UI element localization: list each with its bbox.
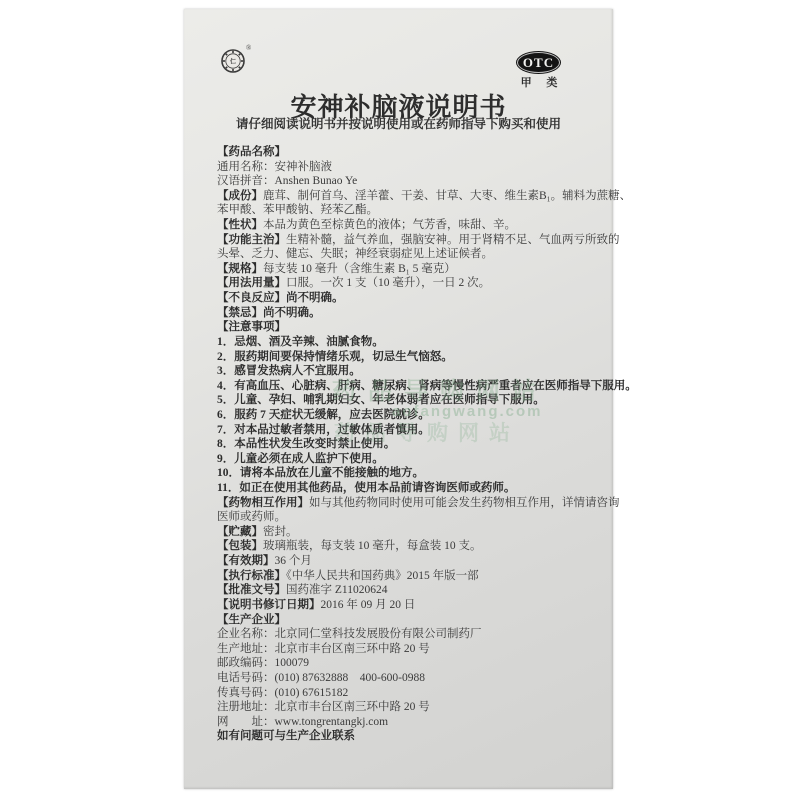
line-text: 玻璃瓶装，每支装 10 毫升，每盒装 10 支。 <box>263 540 482 552</box>
line-text: 4．有高血压、心脏病、肝病、糖尿病、肾病等慢性病严重者应在医师指导下服用。 <box>217 380 637 392</box>
leaflet-line: 【执行标准】《中华人民共和国药典》2015 年版一部 <box>217 569 599 584</box>
line-text: 传真号码：(010) 67615182 <box>217 687 348 699</box>
line-text: 汉语拼音：Anshen Bunao Ye <box>217 175 357 187</box>
section-header: 【说明书修订日期】 <box>217 599 321 611</box>
line-text: 1．忌烟、酒及辛辣、油腻食物。 <box>217 336 384 348</box>
leaflet-line: 头晕、乏力、健忘、失眠；神经衰弱症见上述证候者。 <box>217 247 599 262</box>
leaflet-line: 7．对本品过敏者禁用，过敏体质者慎用。 <box>217 423 599 438</box>
leaflet-line: 电话号码：(010) 87632888 400-600-0988 <box>217 671 599 686</box>
leaflet-line: 【功能主治】生精补髓，益气养血，强脑安神。用于肾精不足、气血两亏所致的 <box>217 233 599 248</box>
leaflet-line: 网 址：www.tongrentangkj.com <box>217 715 599 730</box>
line-text: 8．本品性状发生改变时禁止使用。 <box>217 438 395 450</box>
leaflet-line: 【禁忌】尚不明确。 <box>217 306 599 321</box>
line-text: 36 个月 <box>275 555 312 567</box>
line-text: 7．对本品过敏者禁用，过敏体质者慎用。 <box>217 424 430 436</box>
leaflet-line: 生产地址：北京市丰台区南三环中路 20 号 <box>217 642 599 657</box>
leaflet-line: 医师或药师。 <box>217 510 599 525</box>
section-header: 【用法用量】 <box>217 277 286 289</box>
leaflet-line: 【有效期】36 个月 <box>217 554 599 569</box>
leaflet-line: 6．服药 7 天症状无缓解，应去医院就诊。 <box>217 408 599 423</box>
leaflet-line: 【贮藏】密封。 <box>217 525 599 540</box>
leaflet-line: 10．请将本品放在儿童不能接触的地方。 <box>217 466 599 481</box>
line-text: 11．如正在使用其他药品，使用本品前请咨询医师或药师。 <box>217 482 515 494</box>
line-text: 医师或药师。 <box>217 511 286 523</box>
leaflet-line: 【注意事项】 <box>217 320 599 335</box>
line-text: 尚不明确。 <box>286 292 344 304</box>
section-header: 【执行标准】 <box>217 570 286 582</box>
leaflet-line: 传真号码：(010) 67615182 <box>217 686 599 701</box>
line-text: 企业名称：北京同仁堂科技发展股份有限公司制药厂 <box>217 628 482 640</box>
section-header: 【药品名称】 <box>217 146 286 158</box>
leaflet-line: 9．儿童必须在成人监护下使用。 <box>217 452 599 467</box>
line-text: 生产地址：北京市丰台区南三环中路 20 号 <box>217 643 430 655</box>
leaflet-line: 通用名称：安神补脑液 <box>217 160 599 175</box>
line-text: 2016 年 09 月 20 日 <box>321 599 416 611</box>
leaflet-line: 企业名称：北京同仁堂科技发展股份有限公司制药厂 <box>217 627 599 642</box>
section-header: 【注意事项】 <box>217 321 286 333</box>
line-text: 苯甲酸、苯甲酸钠、羟苯乙酯。 <box>217 204 378 216</box>
leaflet-line: 1．忌烟、酒及辛辣、油腻食物。 <box>217 335 599 350</box>
leaflet-page: 仁 ® OTC 甲 类 安神补脑液说明书 请仔细阅读说明书并按说明使用或在药师指… <box>184 9 613 789</box>
screenshot-canvas: 仁 ® OTC 甲 类 安神补脑液说明书 请仔细阅读说明书并按说明使用或在药师指… <box>0 0 800 800</box>
line-text: 3．感冒发热病人不宜服用。 <box>217 365 361 377</box>
line-text: 网 址：www.tongrentangkj.com <box>217 716 388 728</box>
section-header: 【贮藏】 <box>217 526 263 538</box>
leaflet-line: 苯甲酸、苯甲酸钠、羟苯乙酯。 <box>217 203 599 218</box>
line-text: 通用名称：安神补脑液 <box>217 161 332 173</box>
line-text: 10．请将本品放在儿童不能接触的地方。 <box>217 467 424 479</box>
registered-trademark-icon: ® <box>246 44 251 52</box>
line-text: 9．儿童必须在成人监护下使用。 <box>217 453 384 465</box>
leaflet-line: 8．本品性状发生改变时禁止使用。 <box>217 437 599 452</box>
line-text: 邮政编码：100079 <box>217 657 309 669</box>
line-text: 生精补髓，益气养血，强脑安神。用于肾精不足、气血两亏所致的 <box>286 234 620 246</box>
leaflet-line: 【用法用量】口服。一次 1 支（10 毫升），一日 2 次。 <box>217 276 599 291</box>
line-text: 如有问题可与生产企业联系 <box>217 730 355 742</box>
line-text: 头晕、乏力、健忘、失眠；神经衰弱症见上述证候者。 <box>217 248 493 260</box>
page-subtitle: 请仔细阅读说明书并按说明使用或在药师指导下购买和使用 <box>184 114 613 132</box>
leaflet-line: 2．服药期间要保持情绪乐观，切忌生气恼怒。 <box>217 350 599 365</box>
line-text: 本品为黄色至棕黄色的液体；气芳香，味甜、辛。 <box>263 219 516 231</box>
leaflet-line: 【不良反应】尚不明确。 <box>217 291 599 306</box>
line-text: 每支装 10 毫升（含维生素 B₁ 5 毫克） <box>263 263 456 275</box>
section-header: 【包装】 <box>217 540 263 552</box>
section-header: 【功能主治】 <box>217 234 286 246</box>
section-header: 【药物相互作用】 <box>217 497 309 509</box>
leaflet-line: 【性状】本品为黄色至棕黄色的液体；气芳香，味甜、辛。 <box>217 218 599 233</box>
line-text: 尚不明确。 <box>263 307 321 319</box>
leaflet-body: 【药品名称】通用名称：安神补脑液汉语拼音：Anshen Bunao Ye【成份】… <box>217 145 599 744</box>
svg-text:仁: 仁 <box>230 58 236 66</box>
leaflet-line: 11．如正在使用其他药品，使用本品前请咨询医师或药师。 <box>217 481 599 496</box>
otc-badge: OTC <box>517 52 560 73</box>
section-header: 【有效期】 <box>217 555 275 567</box>
tongrentang-seal-icon: 仁 <box>221 49 245 73</box>
leaflet-line: 4．有高血压、心脏病、肝病、糖尿病、肾病等慢性病严重者应在医师指导下服用。 <box>217 379 599 394</box>
section-header: 【规格】 <box>217 263 263 275</box>
line-text: 5．儿童、孕妇、哺乳期妇女、年老体弱者应在医师指导下服用。 <box>217 394 545 406</box>
leaflet-line: 【药品名称】 <box>217 145 599 160</box>
section-header: 【禁忌】 <box>217 307 263 319</box>
line-text: 6．服药 7 天症状无缓解，应去医院就诊。 <box>217 409 430 421</box>
leaflet-line: 【批准文号】国药准字 Z11020624 <box>217 583 599 598</box>
leaflet-line: 5．儿童、孕妇、哺乳期妇女、年老体弱者应在医师指导下服用。 <box>217 393 599 408</box>
leaflet-line: 【药物相互作用】如与其他药物同时使用可能会发生药物相互作用，详情请咨询 <box>217 496 599 511</box>
line-text: 注册地址：北京市丰台区南三环中路 20 号 <box>217 701 430 713</box>
section-header: 【不良反应】 <box>217 292 286 304</box>
leaflet-line: 【说明书修订日期】2016 年 09 月 20 日 <box>217 598 599 613</box>
line-text: 《中华人民共和国药典》2015 年版一部 <box>286 570 479 582</box>
line-text: 如与其他药物同时使用可能会发生药物相互作用，详情请咨询 <box>309 497 620 509</box>
line-text: 口服。一次 1 支（10 毫升），一日 2 次。 <box>286 277 490 289</box>
section-header: 【性状】 <box>217 219 263 231</box>
line-text: 电话号码：(010) 87632888 400-600-0988 <box>217 672 425 684</box>
leaflet-line: 邮政编码：100079 <box>217 656 599 671</box>
leaflet-line: 【生产企业】 <box>217 613 599 628</box>
line-text: 密封。 <box>263 526 298 538</box>
section-header: 【批准文号】 <box>217 584 286 596</box>
leaflet-line: 【成份】鹿茸、制何首乌、淫羊藿、干姜、甘草、大枣、维生素B₁。辅料为蔗糖、 <box>217 189 599 204</box>
section-header: 【生产企业】 <box>217 614 286 626</box>
leaflet-line: 汉语拼音：Anshen Bunao Ye <box>217 174 599 189</box>
leaflet-line: 【包装】玻璃瓶装，每支装 10 毫升，每盒装 10 支。 <box>217 539 599 554</box>
leaflet-line: 【规格】每支装 10 毫升（含维生素 B₁ 5 毫克） <box>217 262 599 277</box>
section-header: 【成份】 <box>217 190 263 202</box>
leaflet-line: 注册地址：北京市丰台区南三环中路 20 号 <box>217 700 599 715</box>
line-text: 2．服药期间要保持情绪乐观，切忌生气恼怒。 <box>217 351 453 363</box>
line-text: 国药准字 Z11020624 <box>286 584 387 596</box>
leaflet-line: 3．感冒发热病人不宜服用。 <box>217 364 599 379</box>
leaflet-line: 如有问题可与生产企业联系 <box>217 729 599 744</box>
line-text: 鹿茸、制何首乌、淫羊藿、干姜、甘草、大枣、维生素B₁。辅料为蔗糖、 <box>263 190 631 202</box>
